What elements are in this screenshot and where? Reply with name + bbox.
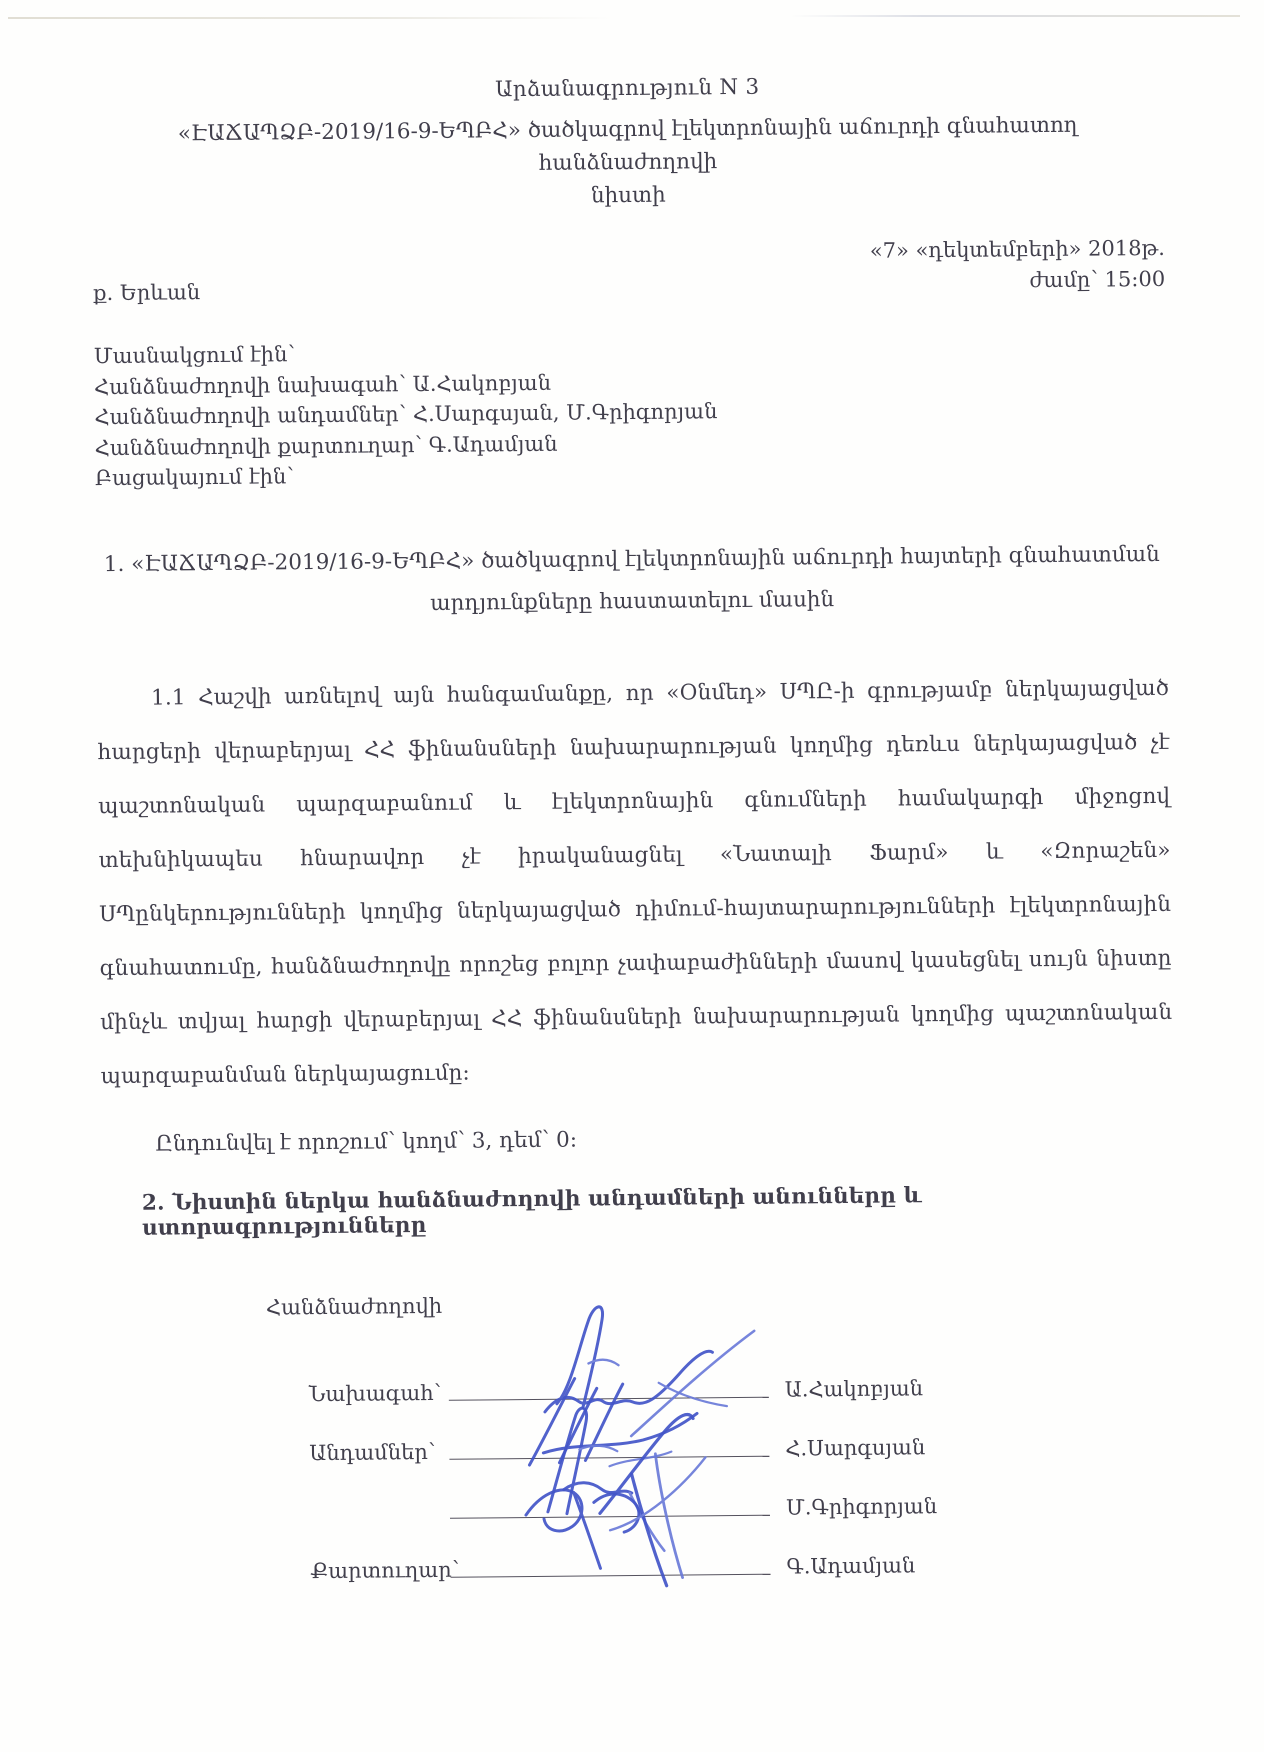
signature-underline	[450, 1515, 770, 1519]
document-content: Արձանագրություն N 3 «ԷԱՃԱՊՁԲ-2019/16-9-Ե…	[0, 0, 1264, 1596]
section-1-heading: 1. «ԷԱՃԱՊՁԲ-2019/16-9-ԵՊԲՀ» ծածկագրով էլ…	[96, 533, 1169, 627]
signature-underline	[449, 1397, 769, 1401]
decision-line: Ընդունվել է որոշում՝ կողմ՝ 3, դեմ՝ 0:	[101, 1115, 1173, 1165]
subtitle-line-1: «ԷԱՃԱՊՁԲ-2019/16-9-ԵՊԲՀ» ծածկագրով էլեկտ…	[178, 113, 1078, 176]
signature-name: Մ.Գրիգորյան	[770, 1492, 1177, 1530]
signature-row-secretary: Քարտուղար՝ Գ.Ադամյան	[310, 1526, 1178, 1593]
attendance-block: Մասնակցում էին՝ Հանձնաժողովի նախագահ՝ Ա.…	[94, 331, 1167, 494]
section-2-heading: 2. Նիստին ներկա հանձնաժողովի անդամների ա…	[102, 1181, 1174, 1241]
signature-row-member-1: Անդամներ՝ Հ.Սարգսյան	[309, 1408, 1177, 1475]
signature-line-cell	[460, 1530, 771, 1592]
date-label: «7» «դեկտեմբերի» 2018թ.	[870, 233, 1165, 267]
signature-underline	[451, 1574, 771, 1578]
document-subtitle: «ԷԱՃԱՊՁԲ-2019/16-9-ԵՊԲՀ» ծածկագրով էլեկտ…	[92, 108, 1165, 217]
signature-underline	[449, 1456, 769, 1460]
signature-name: Գ.Ադամյան	[770, 1551, 1177, 1589]
signature-line-cell	[458, 1353, 769, 1415]
date-time-block: «7» «դեկտեմբերի» 2018թ. ժամը՝ 15:00	[870, 233, 1166, 298]
document-title: Արձանագրություն N 3	[91, 71, 1163, 106]
signature-row-member-2: Մ.Գրիգորյան	[310, 1467, 1178, 1534]
signature-role-label: Քարտուղար՝	[310, 1558, 460, 1593]
city-label: ք. Երևան	[93, 280, 200, 305]
signature-role-label: Անդամներ՝	[309, 1440, 459, 1475]
signature-row-chairman: Նախագահ՝ Ա.Հակոբյան	[308, 1349, 1176, 1416]
signature-table: Նախագահ՝ Ա.Հակոբյան Անդամներ՝	[308, 1349, 1177, 1593]
scanned-page: Արձանագրություն N 3 «ԷԱՃԱՊՁԲ-2019/16-9-Ե…	[0, 0, 1264, 1752]
signature-role-label: Նախագահ՝	[309, 1381, 459, 1416]
subtitle-line-2: նիստի	[591, 183, 666, 209]
signature-line-cell	[460, 1471, 771, 1533]
time-label: ժամը՝ 15:00	[870, 264, 1165, 298]
signature-name: Հ.Սարգսյան	[769, 1433, 1176, 1471]
signature-name: Ա.Հակոբյան	[769, 1374, 1176, 1412]
committee-label: Հանձնաժողովի	[266, 1287, 1175, 1320]
signature-line-cell	[459, 1412, 770, 1474]
section-1-paragraph: 1.1 Հաշվի առնելով այն հանգամանքը, որ «Օն…	[97, 661, 1173, 1103]
meta-row: ք. Երևան «7» «դեկտեմբերի» 2018թ. ժամը՝ 1…	[93, 233, 1166, 305]
